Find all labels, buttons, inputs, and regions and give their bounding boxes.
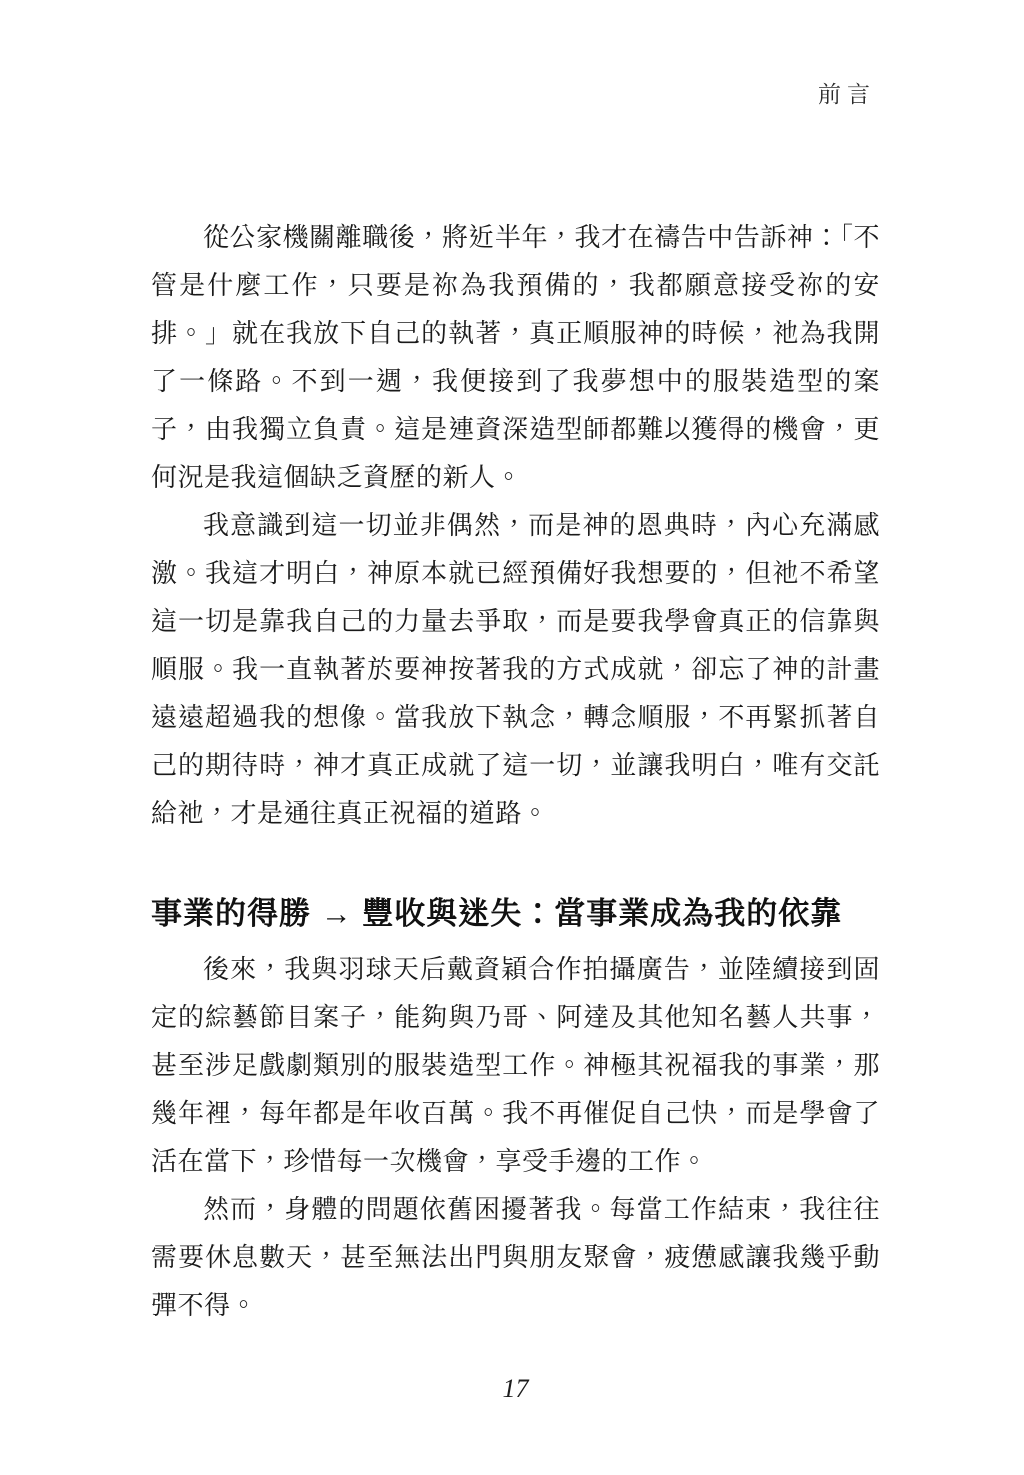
paragraph-1: 從公家機關離職後，將近半年，我才在禱告中告訴神：「不管是什麼工作，只要是祢為我預…: [151, 214, 880, 502]
book-page: 前言 從公家機關離職後，將近半年，我才在禱告中告訴神：「不管是什麼工作，只要是祢…: [0, 0, 1024, 1475]
article-body: 從公家機關離職後，將近半年，我才在禱告中告訴神：「不管是什麼工作，只要是祢為我預…: [151, 214, 880, 1330]
section-heading: 事業的得勝 → 豐收與迷失：當事業成為我的依靠: [151, 890, 880, 938]
page-number: 17: [151, 1372, 880, 1406]
running-head: 前言: [0, 80, 876, 110]
paragraph-3: 後來，我與羽球天后戴資穎合作拍攝廣告，並陸續接到固定的綜藝節目案子，能夠與乃哥、…: [151, 946, 880, 1186]
paragraph-2: 我意識到這一切並非偶然，而是神的恩典時，內心充滿感激。我這才明白，神原本就已經預…: [151, 502, 880, 838]
paragraph-4: 然而，身體的問題依舊困擾著我。每當工作結束，我往往需要休息數天，甚至無法出門與朋…: [151, 1186, 880, 1330]
